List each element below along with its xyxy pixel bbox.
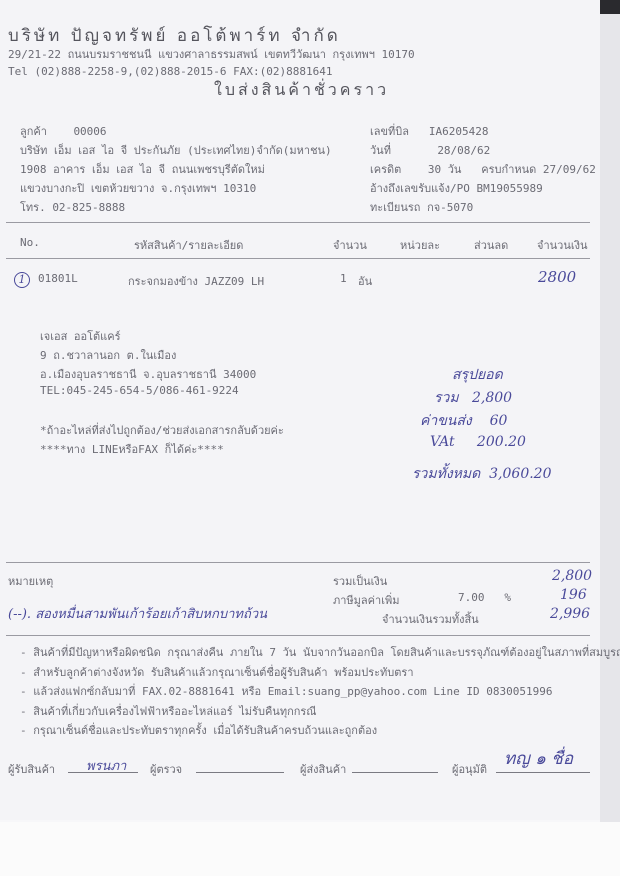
document-title: ใบส่งสินค้าชั่วคราว — [214, 78, 389, 103]
remark-text-handwritten: (--). สองหมื่นสามพันเก้าร้อยเก้าสิบหกบาท… — [8, 603, 267, 624]
customer-code-label: ลูกค้า — [20, 125, 47, 138]
approver-sign-line — [496, 772, 590, 773]
grand-total-value: 2,996 — [550, 606, 590, 622]
row-desc: กระจกมองข้าง JAZZ09 LH — [128, 272, 264, 290]
approver-label: ผู้อนุมัติ — [452, 760, 487, 778]
terms-list: - สินค้าที่มีปัญหาหรือผิดชนิด กรุณาส่งคื… — [20, 643, 620, 741]
shipto-address1: 9 ถ.ชวาลานอก ต.ในเมือง — [40, 346, 176, 364]
col-header-unit-price: หน่วยละ — [400, 236, 440, 254]
summary-label: รวมทั้งหมด — [412, 466, 480, 482]
row-qty: 1 — [340, 272, 347, 285]
row-number: 1 — [14, 272, 30, 288]
summary-title: สรุปยอด — [452, 364, 503, 386]
invoice-number-row: เลขที่บิล IA6205428 — [370, 122, 488, 140]
summary-value: 2,800 — [472, 390, 512, 406]
scan-margin — [0, 822, 620, 876]
invoice-credit-row: เครดิต 30 วัน ครบกำหนด 27/09/62 — [370, 160, 596, 178]
sender-sign-line — [352, 772, 438, 773]
col-header-no: No. — [20, 236, 40, 249]
totals-top-rule — [6, 562, 590, 563]
shipto-note1: *ถ้าอะไหล่ที่ส่งไปถูกต้อง/ช่วยส่งเอกสารก… — [40, 421, 284, 439]
plate-label: ทะเบียนรถ — [370, 201, 420, 214]
vat-value: 196 — [560, 587, 587, 603]
customer-phone: โทร. 02-825-8888 — [20, 198, 125, 216]
company-phone: Tel (02)888-2258-9,(02)888-2015-6 FAX:(0… — [8, 65, 333, 78]
receiver-sign-line — [68, 772, 138, 773]
row-amount-handwritten: 2800 — [538, 268, 576, 286]
summary-label: ค่าขนส่ง — [420, 413, 472, 429]
row-code: 01801L — [38, 272, 78, 285]
row-unit: อัน — [358, 272, 372, 290]
customer-address1: 1908 อาคาร เอ็ม เอส ไอ จี ถนนเพชรบุรีตัด… — [20, 160, 265, 178]
shipto-phone: TEL:045-245-654-5/086-461-9224 — [40, 384, 239, 397]
vat-rate-value: 7.00 — [458, 591, 485, 604]
invoice-number-label: เลขที่บิล — [370, 125, 409, 138]
customer-code: 00006 — [73, 125, 106, 138]
ref-value: BM19055989 — [477, 182, 543, 195]
summary-line-grand: รวมทั้งหมด 3,060.20 — [412, 463, 551, 485]
col-header-discount: ส่วนลด — [474, 236, 508, 254]
subtotal-value: 2,800 — [552, 568, 592, 584]
summary-line-shipping: ค่าขนส่ง 60 — [420, 410, 507, 432]
summary-value: 200.20 — [477, 434, 526, 450]
col-header-qty: จำนวน — [333, 236, 367, 254]
remark-label: หมายเหตุ — [8, 572, 53, 590]
shipto-address2: อ.เมืองอุบลราชธานี จ.อุบลราชธานี 34000 — [40, 365, 256, 383]
invoice-plate-row: ทะเบียนรถ กจ-5070 — [370, 198, 473, 216]
customer-name: บริษัท เอ็ม เอส ไอ จี ประกันภัย (ประเทศไ… — [20, 141, 332, 159]
terms-top-rule — [6, 635, 590, 636]
invoice-date-row: วันที่ 28/08/62 — [370, 141, 490, 159]
summary-line-vat: VAt 200.20 — [430, 434, 526, 450]
invoice-date: 28/08/62 — [437, 144, 490, 157]
term-item: - กรุณาเซ็นต์ชื่อและประทับตราทุกครั้ง เม… — [20, 721, 620, 741]
due-label: ครบกำหนด — [481, 163, 536, 176]
summary-line-total: รวม 2,800 — [434, 387, 512, 409]
company-address: 29/21-22 ถนนบรมราชชนนี แขวงศาลาธรรมสพน์ … — [8, 45, 415, 63]
customer-address2: แขวงบางกะปิ เขตห้วยขวาง จ.กรุงเทพฯ 10310 — [20, 179, 256, 197]
col-header-amount: จำนวนเงิน — [537, 236, 588, 254]
scanner-edge — [600, 0, 620, 876]
approver-signature: ทญ ๑ ชื่อ — [504, 745, 573, 772]
scanner-edge-dark — [600, 0, 620, 14]
term-item: - สินค้าที่เกี่ยวกับเครื่องไฟฟ้าหรืออะไห… — [20, 702, 620, 722]
customer-code-row: ลูกค้า 00006 — [20, 122, 107, 140]
invoice-number: IA6205428 — [429, 125, 489, 138]
term-item: - แล้วส่งแฟกซ์กลับมาที่ FAX.02-8881641 ห… — [20, 682, 620, 702]
grand-total-label: จำนวนเงินรวมทั้งสิ้น — [382, 610, 479, 628]
shipto-name: เจเอส ออโต้แคร์ — [40, 327, 121, 345]
table-header-rule — [6, 258, 590, 259]
vat-label: ภาษีมูลค่าเพิ่ม — [333, 591, 399, 609]
row-number-circled: 1 — [14, 268, 30, 288]
summary-label: รวม — [434, 390, 459, 406]
ref-label: อ้างถึงเลขรับแจ้ง/PO — [370, 182, 470, 195]
credit-label: เครดิต — [370, 163, 401, 176]
subtotal-label: รวมเป็นเงิน — [333, 572, 387, 590]
plate-value: กจ-5070 — [427, 201, 473, 214]
checker-sign-line — [196, 772, 284, 773]
summary-value: 60 — [490, 413, 508, 429]
invoice-date-label: วันที่ — [370, 144, 391, 157]
summary-value: 3,060.20 — [489, 466, 551, 482]
table-top-rule — [6, 222, 590, 223]
term-item: - สำหรับลูกค้าต่างจังหวัด รับสินค้าแล้วก… — [20, 663, 620, 683]
summary-label: VAt — [430, 434, 455, 450]
shipto-note2: ****ทาง LINEหรือFAX ก็ได้ค่ะ**** — [40, 440, 224, 458]
checker-label: ผู้ตรวจ — [150, 760, 182, 778]
invoice-ref-row: อ้างถึงเลขรับแจ้ง/PO BM19055989 — [370, 179, 543, 197]
credit-value: 30 วัน — [428, 163, 462, 176]
vat-percent-sign: % — [504, 591, 511, 604]
term-item: - สินค้าที่มีปัญหาหรือผิดชนิด กรุณาส่งคื… — [20, 643, 620, 663]
receiver-label: ผู้รับสินค้า — [8, 760, 55, 778]
due-date: 27/09/62 — [543, 163, 596, 176]
vat-rate: 7.00 % — [458, 591, 511, 604]
sender-label: ผู้ส่งสินค้า — [300, 760, 346, 778]
col-header-desc: รหัสสินค้า/รายละเอียด — [134, 236, 243, 254]
